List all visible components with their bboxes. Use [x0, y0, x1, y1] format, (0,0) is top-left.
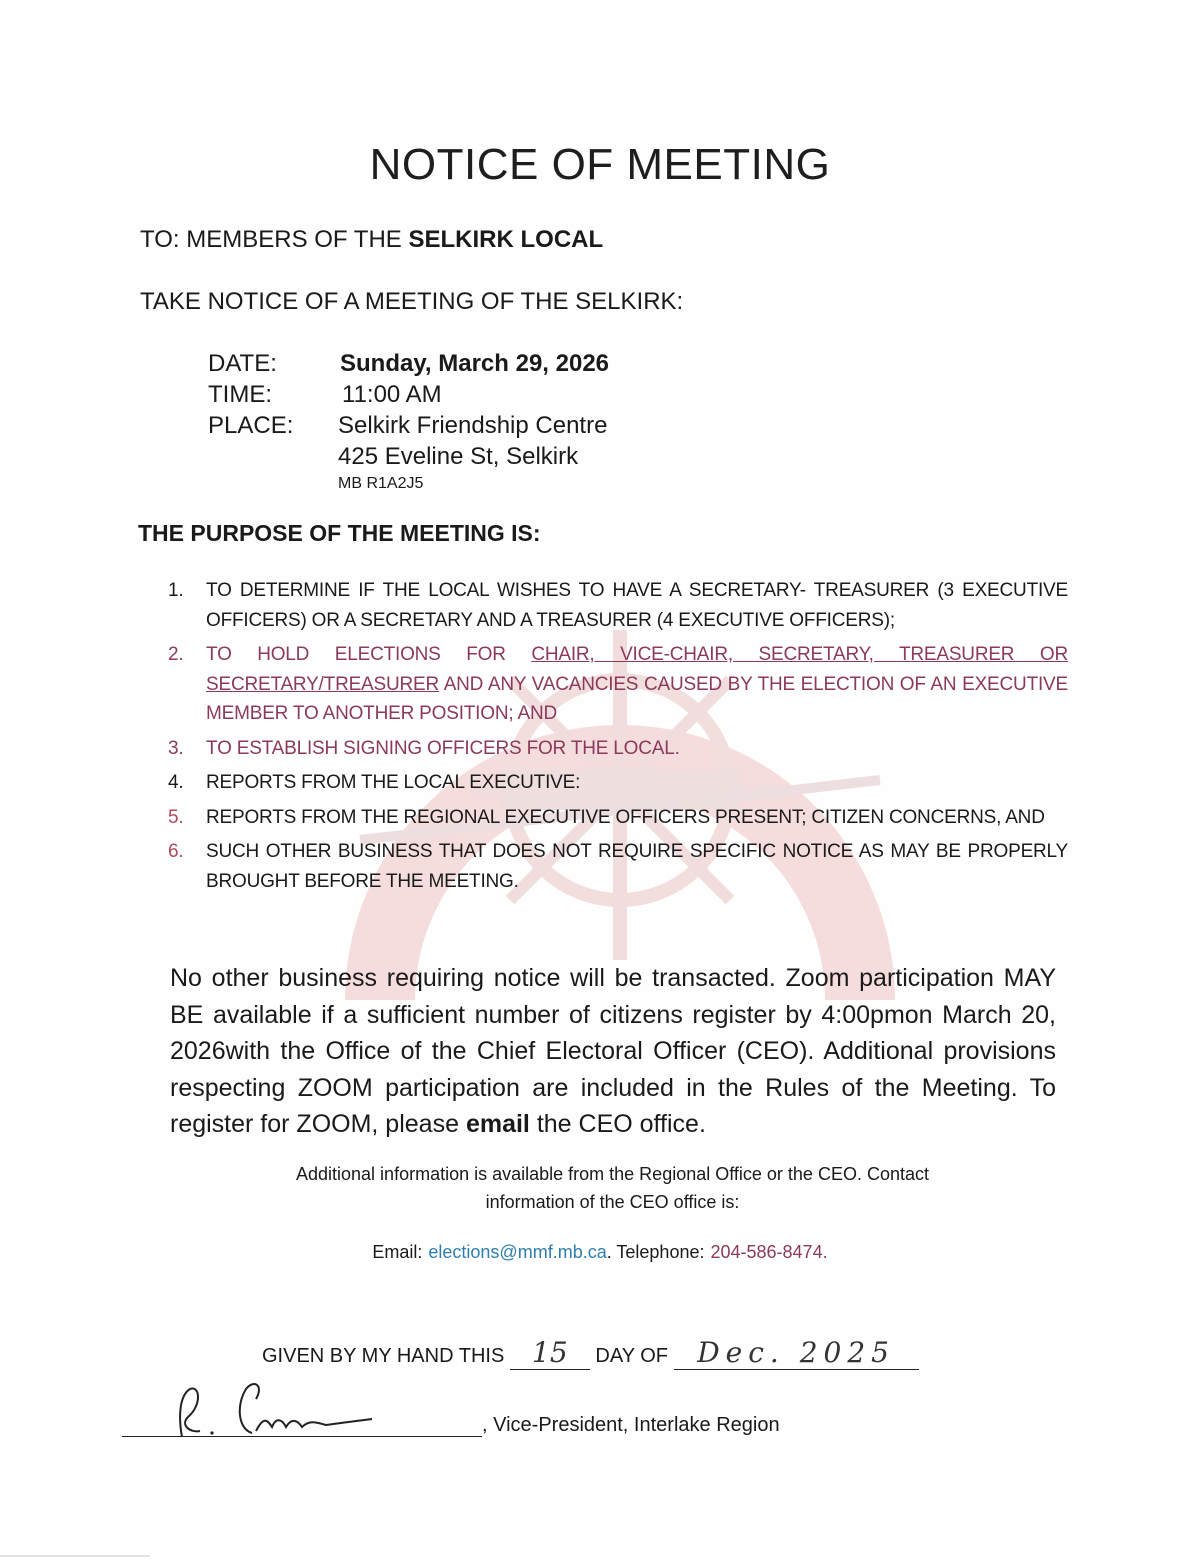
- purpose-item: 2. TO HOLD ELECTIONS FOR CHAIR, VICE-CHA…: [168, 640, 1068, 729]
- handwritten-day: 15: [510, 1336, 590, 1370]
- purpose-item: 5. REPORTS FROM THE REGIONAL EXECUTIVE O…: [168, 803, 1068, 833]
- purpose-heading: THE PURPOSE OF THE MEETING IS:: [138, 520, 541, 547]
- purpose-item: 3. TO ESTABLISH SIGNING OFFICERS FOR THE…: [168, 734, 1068, 764]
- time-value: 11:00 AM: [338, 379, 442, 410]
- place-postal: MB R1A2J5: [338, 472, 423, 496]
- date-label: DATE:: [208, 348, 338, 379]
- place-name: Selkirk Friendship Centre: [338, 410, 607, 441]
- contact-line: Email:elections@mmf.mb.ca. Telephone:204…: [0, 1242, 1200, 1263]
- scan-edge-mark: [0, 1555, 150, 1557]
- purpose-item: 4. REPORTS FROM THE LOCAL EXECUTIVE:: [168, 768, 1068, 798]
- place-label: PLACE:: [208, 410, 338, 441]
- telephone-number[interactable]: 204-586-8474: [710, 1242, 822, 1262]
- email-label: Email:: [372, 1242, 422, 1262]
- given-by-hand-line: GIVEN BY MY HAND THIS 15 DAY OF Dec. 202…: [262, 1336, 919, 1370]
- recipients-local: SELKIRK LOCAL: [408, 226, 603, 253]
- signatory-title: , Vice-President, Interlake Region: [482, 1414, 780, 1437]
- page-title: NOTICE OF MEETING: [0, 140, 1200, 190]
- purpose-list: 1. TO DETERMINE IF THE LOCAL WISHES TO H…: [168, 576, 1068, 901]
- email-link[interactable]: elections@mmf.mb.ca: [428, 1242, 606, 1262]
- recipients-line: TO: MEMBERS OF THE SELKIRK LOCAL: [140, 226, 603, 254]
- zoom-participation-paragraph: No other business requiring notice will …: [170, 960, 1056, 1143]
- email-emphasis: email: [466, 1110, 530, 1138]
- date-value: Sunday, March 29, 2026: [338, 348, 609, 379]
- place-address: 425 Eveline St, Selkirk: [338, 441, 578, 472]
- meeting-details: DATE: Sunday, March 29, 2026 TIME: 11:00…: [208, 348, 609, 496]
- handwritten-signature-icon: [160, 1375, 420, 1445]
- take-notice-line: TAKE NOTICE OF A MEETING OF THE SELKIRK:: [140, 288, 683, 316]
- handwritten-month-year: Dec. 2025: [674, 1336, 919, 1370]
- recipients-prefix: TO: MEMBERS OF THE: [140, 226, 408, 253]
- additional-info: Additional information is available from…: [0, 1160, 1200, 1216]
- purpose-item: 1. TO DETERMINE IF THE LOCAL WISHES TO H…: [168, 576, 1068, 635]
- time-label: TIME:: [208, 379, 338, 410]
- purpose-item: 6. SUCH OTHER BUSINESS THAT DOES NOT REQ…: [168, 837, 1068, 896]
- document-page: NOTICE OF MEETING TO: MEMBERS OF THE SEL…: [0, 0, 1200, 1563]
